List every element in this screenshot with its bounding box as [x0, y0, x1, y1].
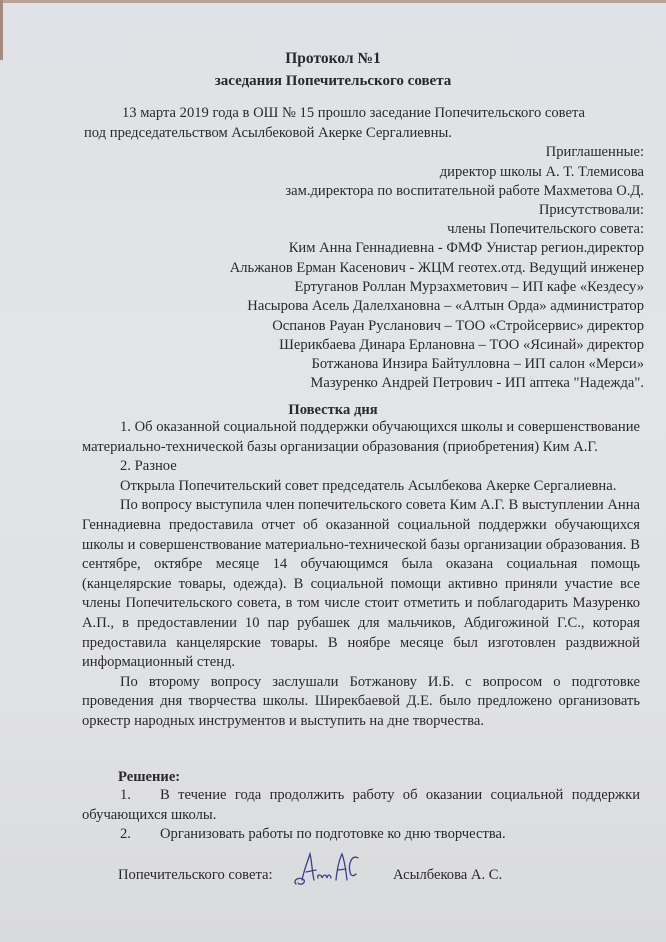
- member-line: Оспанов Рауан Русланович – ТОО «Стройсер…: [272, 317, 644, 335]
- decision-item-2-text: Организовать работы по подготовке ко дню…: [160, 826, 506, 842]
- body-paragraph-1: Открыла Попечительский совет председател…: [82, 477, 640, 497]
- decision-body: 1.В течение года продолжить работу об ок…: [82, 786, 640, 845]
- document-title: Протокол №1: [0, 50, 666, 68]
- invited-heading: Приглашенные:: [546, 143, 644, 161]
- member-line: Ботжанова Инзира Байтулловна – ИП салон …: [312, 355, 645, 373]
- decision-item-1-text: В течение года продолжить работу об оказ…: [82, 787, 640, 823]
- intro-line-2: под председательством Асылбековой Акерке…: [84, 124, 452, 142]
- member-line: Шерикбаева Динара Ерлановна – ТОО «Ясина…: [279, 336, 644, 354]
- decision-item-2-number: 2.: [120, 825, 160, 845]
- decision-item-1-number: 1.: [120, 786, 160, 806]
- invited-item: директор школы А. Т. Тлемисова: [440, 163, 644, 181]
- agenda-item-2: 2. Разное: [82, 457, 640, 477]
- decision-item-2: 2.Организовать работы по подготовке ко д…: [82, 825, 640, 845]
- decision-heading: Решение:: [118, 768, 180, 786]
- agenda-body: 1. Об оказанной социальной поддержки обу…: [82, 418, 640, 732]
- handwritten-signature-icon: [290, 850, 360, 890]
- intro-line-1: 13 марта 2019 года в ОШ № 15 прошло засе…: [122, 104, 585, 122]
- agenda-item-1: 1. Об оказанной социальной поддержки обу…: [82, 418, 640, 457]
- member-line: Альжанов Ерман Касенович - ЖЦМ геотех.от…: [230, 259, 644, 277]
- present-subheading: члены Попечительского совета:: [447, 220, 644, 238]
- member-line: Ким Анна Геннадиевна - ФМФ Унистар регио…: [289, 239, 644, 257]
- member-line: Насырова Асель Далелхановна – «Алтын Орд…: [247, 297, 644, 315]
- agenda-heading: Повестка дня: [0, 401, 666, 419]
- member-line: Ертуганов Роллан Мурзахметович – ИП кафе…: [294, 278, 644, 296]
- document-subtitle: заседания Попечительского совета: [0, 72, 666, 90]
- invited-item: зам.директора по воспитательной работе М…: [285, 182, 644, 200]
- decision-item-1: 1.В течение года продолжить работу об ок…: [82, 786, 640, 825]
- paper-edge: [0, 0, 666, 3]
- member-line: Мазуренко Андрей Петрович - ИП аптека "Н…: [310, 374, 644, 392]
- document-page: Протокол №1 заседания Попечительского со…: [0, 0, 666, 942]
- body-paragraph-2: По вопросу выступила член попечительског…: [82, 496, 640, 672]
- present-heading: Присутствовали:: [539, 201, 644, 219]
- signature-label: Попечительского совета:: [118, 866, 273, 884]
- body-paragraph-3: По второму вопросу заслушали Ботжанову И…: [82, 673, 640, 732]
- signatory-name: Асылбекова А. С.: [393, 866, 502, 884]
